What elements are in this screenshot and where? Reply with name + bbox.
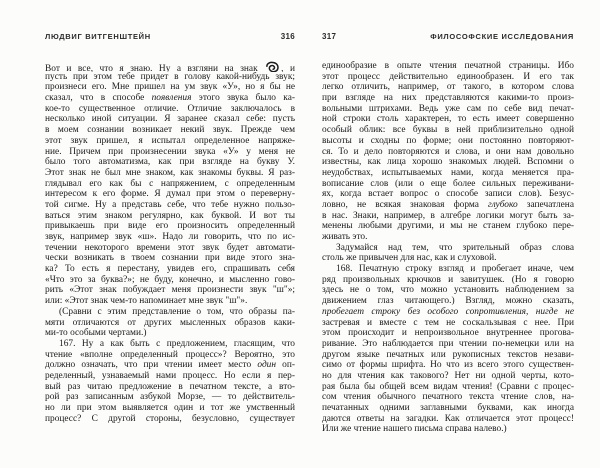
- body-text-right: единообразие в опыте чтения печатной стр…: [322, 61, 574, 435]
- text-line: движением глаз читающего.) Взгляд, можно…: [322, 296, 574, 307]
- text-line: этот звук пришел, я испытал определенное…: [45, 136, 295, 147]
- text-line: мяти отличаются от других мысленных обра…: [45, 318, 295, 329]
- text-line: этот процесс действительно единообразен.…: [322, 72, 574, 83]
- text-line: ваться этим знаком регулярно, как буквой…: [45, 211, 295, 222]
- text-line: 167. Ну а как быть с предложением, глася…: [45, 339, 295, 350]
- text-line: при взгляде на них представляются какими…: [322, 93, 574, 104]
- text-line: столь же привычен для нас, как и слухово…: [322, 253, 574, 264]
- text-line: звук, например звук «ш». Надо ли говорит…: [45, 232, 295, 243]
- text-line: застревая и вместе с тем не соскальзывая…: [322, 318, 574, 329]
- text-line: рой раз записанным азбукой Морзе, — то д…: [45, 392, 295, 403]
- text-line: ловно, не всякая знаковая форма глубоко …: [322, 200, 574, 211]
- text-line: легко отличить, например, от такого, в к…: [322, 82, 574, 93]
- spiral-sign-glyph: [265, 61, 280, 72]
- text-line: симо от формы шрифта. Но что из всего эт…: [322, 360, 574, 371]
- text-line: неудобствах, испытываемых нами, когда ме…: [322, 168, 574, 179]
- text-line: пусть при этом тебе придет в голову како…: [45, 72, 295, 83]
- book-page-right: 317 ФИЛОСОФСКИЕ ИССЛЕДОВАНИЯ единообрази…: [322, 32, 574, 435]
- text-line: единообразие в опыте чтения печатной стр…: [322, 61, 574, 72]
- text-line: ряд произвольных крючков и завитушек. (Н…: [322, 275, 574, 286]
- text-line: этом происходит и непроизвольное внутрен…: [322, 328, 574, 339]
- text-line: ях, когда встает вопрос о способе записи…: [322, 189, 574, 200]
- text-line: вый раз читаю предложение в печатном тек…: [45, 382, 295, 393]
- body-text-left: Вот и все, что я знаю. Ну а взгляни на з…: [45, 61, 295, 424]
- text-line: но ли при этом выявляется один и тот же …: [45, 403, 295, 414]
- running-head-right: 317 ФИЛОСОФСКИЕ ИССЛЕДОВАНИЯ: [322, 32, 574, 42]
- text-line: но для чтения как такового? Нет ни одной…: [322, 371, 574, 382]
- page-number-right: 317: [322, 32, 336, 41]
- page-number-left: 316: [281, 32, 295, 41]
- text-line: ся. То и дело повторяются и слова, и они…: [322, 147, 574, 158]
- text-line: глядывал его как бы с напряжением, с опр…: [45, 179, 295, 190]
- text-line: чески возникать в твоем сознании при вид…: [45, 253, 295, 264]
- text-line: (Сравни с этим представление о том, что …: [45, 307, 295, 318]
- text-line: другом языке печатных или рукописных тек…: [322, 350, 574, 361]
- text-line: было того автоматизма, как при взгляде н…: [45, 157, 295, 168]
- text-line: живать это.: [322, 232, 574, 243]
- text-line: ние. Причем при произнесении звука «У» у…: [45, 147, 295, 158]
- text-line: ми-то особыми чертами.): [45, 328, 295, 339]
- text-line: чтение «вполне определенный процесс»? Ве…: [45, 350, 295, 361]
- text-line: интересом к его форме. Я думал при этом …: [45, 189, 295, 200]
- text-line: вописание слов (или о еще более сильных …: [322, 179, 574, 190]
- text-line: несколько иной ситуации. Я заранее сказа…: [45, 114, 295, 125]
- book-title-header: ФИЛОСОФСКИЕ ИССЛЕДОВАНИЯ: [430, 32, 574, 41]
- author-header: ЛЮДВИГ ВИТГЕНШТЕЙН: [45, 32, 151, 41]
- text-line: в моем сознании возникает некий звук. Пр…: [45, 125, 295, 136]
- text-line: кое-то существенное отличие. Отличие зак…: [45, 104, 295, 115]
- text-line: известны, как лица хорошо знакомых людей…: [322, 157, 574, 168]
- text-line: особый облик: все буквы в ней приблизите…: [322, 125, 574, 136]
- text-line: сом чтения обычного печатного текста чте…: [322, 392, 574, 403]
- text-line: Этот знак не был мне знаком, как знакомы…: [45, 168, 295, 179]
- text-line: «Что это за буква?»; не буду, конечно, и…: [45, 275, 295, 286]
- text-line: произнеси его. Мне пришел на ум звук «У»…: [45, 82, 295, 93]
- text-line: ределенный, узнаваемый нами процесс. Но …: [45, 371, 295, 382]
- text-line: или: «Этот знак чем-то напоминает мне зв…: [45, 296, 295, 307]
- text-line: сказал, что в способе появления этого зв…: [45, 93, 295, 104]
- text-line: должно означать, что при чтении имеет ме…: [45, 360, 295, 371]
- text-line: высоты и сходны по форме; они постоянно …: [322, 136, 574, 147]
- text-line: печатанных одними заглавными буквами, ка…: [322, 403, 574, 414]
- text-line: ривание. Это наблюдается при чтении по-н…: [322, 339, 574, 350]
- text-line: пробегает строку без особого сопротивлен…: [322, 307, 574, 318]
- text-line: ка? То есть я перестану, увидев его, спр…: [45, 264, 295, 275]
- book-page-left: ЛЮДВИГ ВИТГЕНШТЕЙН 316 Вот и все, что я …: [45, 32, 295, 424]
- text-line: здесь не о том, что можно установить наб…: [322, 285, 574, 296]
- text-line: ной строки столь характерен, то есть име…: [322, 114, 574, 125]
- text-line: вольными штрихами. Ведь уже сам по себе …: [322, 104, 574, 115]
- running-head-left: ЛЮДВИГ ВИТГЕНШТЕЙН 316: [45, 32, 295, 42]
- text-line: течении некоторого времени этот звук буд…: [45, 243, 295, 254]
- text-line: в нас. Знаки, например, в алгебре логики…: [322, 211, 574, 222]
- text-line: даются ответы на загадки. Как отличается…: [322, 414, 574, 425]
- text-line: рить «Этот знак побуждает меня произнест…: [45, 285, 295, 296]
- text-line: Или же чтение нашего письма справа налев…: [322, 424, 574, 435]
- text-line: Вот и все, что я знаю. Ну а взгляни на з…: [45, 61, 295, 72]
- text-line: той сигме. Ну а представь себе, что тебе…: [45, 200, 295, 211]
- text-line: 168. Печатную строку взгляд и пробегает …: [322, 264, 574, 275]
- text-line: рая была бы общей всем видам чтения! (Ср…: [322, 382, 574, 393]
- text-line: менены любыми другими, и мы не станем гл…: [322, 221, 574, 232]
- text-line: Задумайся над тем, что зрительный образ …: [322, 243, 574, 254]
- text-line: процесс? С другой стороны, безусловно, с…: [45, 414, 295, 425]
- text-line: привыкаешь при виде его произносить опре…: [45, 221, 295, 232]
